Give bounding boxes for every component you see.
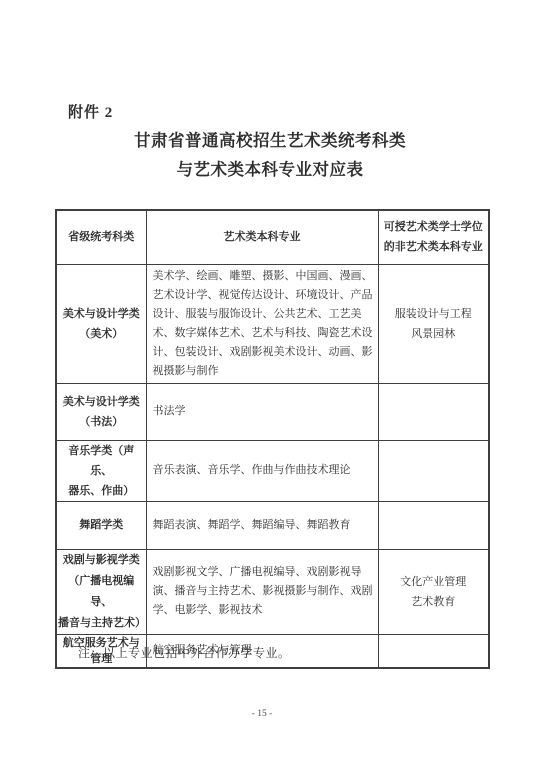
table-row-dance: 舞蹈学类 舞蹈表演、舞蹈学、舞蹈编导、舞蹈教育 (56, 501, 489, 549)
page-number: - 15 - (0, 709, 524, 719)
document-page: { "doc": { "attachment_label": "附件 2", "… (0, 0, 540, 764)
majors-cell: 美术学、绘画、雕塑、摄影、中国画、漫画、艺术设计学、视觉传达设计、环境设计、产品… (146, 264, 378, 383)
page-title: 甘肃省普通高校招生艺术类统考科类 与艺术类本科专业对应表 (0, 126, 540, 184)
header-art-majors: 艺术类本科专业 (146, 210, 378, 264)
footnote: 注：以上专业包括中外合作办学专业。 (78, 644, 291, 661)
table-header-row: 省级统考科类 艺术类本科专业 可授艺术类学士学位 的非艺术类本科专业 (56, 210, 489, 264)
nonart-majors-cell: 文化产业管理 艺术教育 (378, 549, 489, 634)
category-cell: 美术与设计学类 （书法） (56, 383, 146, 440)
correspondence-table-wrap: 省级统考科类 艺术类本科专业 可授艺术类学士学位 的非艺术类本科专业 美术与设计… (55, 209, 490, 669)
attachment-label: 附件 2 (68, 101, 113, 122)
category-cell: 音乐学类（声乐、 器乐、作曲） (56, 440, 146, 501)
majors-cell: 舞蹈表演、舞蹈学、舞蹈编导、舞蹈教育 (146, 501, 378, 549)
nonart-majors-cell (378, 634, 489, 668)
category-cell: 舞蹈学类 (56, 501, 146, 549)
table-row-drama-film: 戏剧与影视学类 （广播电视编导、 播音与主持艺术） 戏剧影视文学、广播电视编导、… (56, 549, 489, 634)
nonart-majors-cell: 服装设计与工程 风景园林 (378, 264, 489, 383)
table-row-music: 音乐学类（声乐、 器乐、作曲） 音乐表演、音乐学、作曲与作曲技术理论 (56, 440, 489, 501)
majors-cell: 书法学 (146, 383, 378, 440)
majors-cell: 音乐表演、音乐学、作曲与作曲技术理论 (146, 440, 378, 501)
correspondence-table: 省级统考科类 艺术类本科专业 可授艺术类学士学位 的非艺术类本科专业 美术与设计… (55, 209, 490, 669)
category-cell: 戏剧与影视学类 （广播电视编导、 播音与主持艺术） (56, 549, 146, 634)
page-title-line2: 与艺术类本科专业对应表 (0, 155, 540, 184)
header-nonart-majors: 可授艺术类学士学位 的非艺术类本科专业 (378, 210, 489, 264)
table-row-calligraphy: 美术与设计学类 （书法） 书法学 (56, 383, 489, 440)
category-cell: 美术与设计学类 （美术） (56, 264, 146, 383)
table-row-fine-arts: 美术与设计学类 （美术） 美术学、绘画、雕塑、摄影、中国画、漫画、艺术设计学、视… (56, 264, 489, 383)
nonart-majors-cell (378, 383, 489, 440)
nonart-majors-cell (378, 440, 489, 501)
majors-cell: 戏剧影视文学、广播电视编导、戏剧影视导演、播音与主持艺术、影视摄影与制作、戏剧学… (146, 549, 378, 634)
nonart-majors-cell (378, 501, 489, 549)
header-exam-category: 省级统考科类 (56, 210, 146, 264)
page-title-line1: 甘肃省普通高校招生艺术类统考科类 (0, 126, 540, 155)
